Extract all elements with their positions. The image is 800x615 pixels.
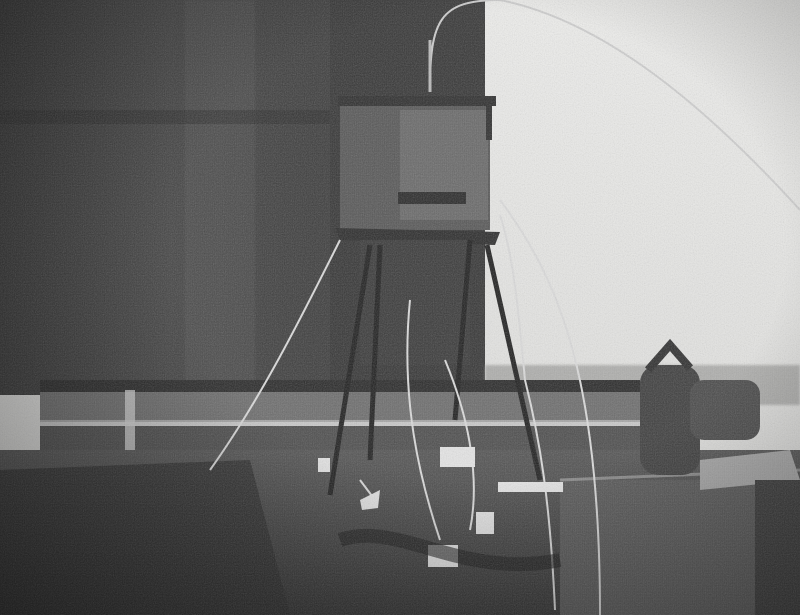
photograph — [0, 0, 800, 615]
photo-scene — [0, 0, 800, 615]
